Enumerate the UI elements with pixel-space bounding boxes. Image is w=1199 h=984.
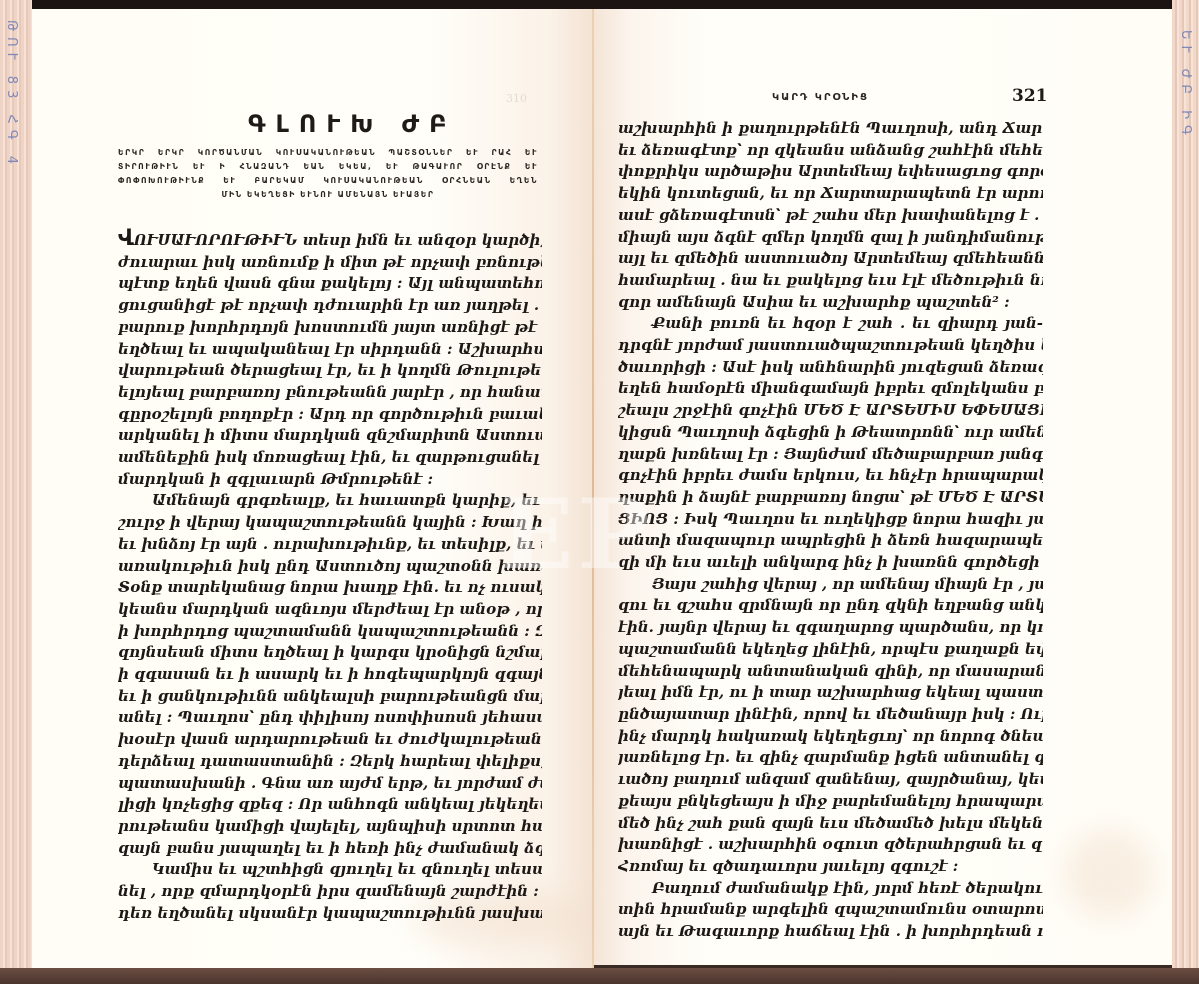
body-line: արկանել ի միտս մարդկան զնշմարիտն Աստուած… bbox=[118, 425, 542, 447]
page-number: 321 bbox=[1012, 86, 1048, 106]
body-line: միայն այս ձգնէ զմեր կողմն զալ ի յանդիման… bbox=[618, 227, 1043, 249]
body-line: անտի մազապուր ապրեցին ի ձեռն հազարապետաց… bbox=[618, 530, 1043, 552]
summary-line: ՄԻՆ ԵԿԵՂԵՑԻ ԵՒՆՈՒ ԱՄԵՆԱՅՆ ԵՒԱՅԵՐ bbox=[118, 188, 538, 202]
left-edge-ink-marks: ԹՈՒ 83 ՀԳ 4 bbox=[4, 20, 19, 920]
bleed-through-page-number: 310 bbox=[506, 92, 527, 105]
body-line: յառնելոց էր. եւ զինչ զարմանք իցեն անտանե… bbox=[618, 747, 1043, 769]
body-line: ւածոյ բաղում անզամ զանենայ, զայրծանայ, կ… bbox=[618, 769, 1043, 791]
body-line: դրգնէ յորժամ յաստուածպաշտութեան կեղծիս կ… bbox=[618, 335, 1043, 357]
body-line: կեանս մարդկան ազնւոյս մերժեալ էր անօթ , … bbox=[118, 599, 542, 621]
body-line: մեհենապարկ անտանական զինի, որ մասարան աս… bbox=[618, 661, 1043, 683]
body-line: փոքրիկս արծաթիս Արտեմեայ եփեսացւոց գործե… bbox=[618, 161, 1043, 183]
body-line: Տօնք տարեկանաց նորա խաղք էին. եւ ոչ ուսա… bbox=[118, 577, 542, 599]
body-line: զոյնսեան միտս եղծեալ ի կարգս կրօնիցն նշմ… bbox=[118, 642, 542, 664]
body-line: եւ ի ցանկութիւնն անկեալսի բարութեանցն մա… bbox=[118, 686, 542, 708]
body-line: այն եւ Թագաւորք հաճեալ էին . ի խորհրդեան… bbox=[618, 921, 1043, 943]
running-head: ԿԱՐԴ ԿՐՕՆԻՑ bbox=[772, 92, 869, 103]
body-line: Ամենայն գրգռեալք, եւ հաւատքն կարիք, եւ բ… bbox=[118, 490, 542, 512]
book-bottom-edge-shadow bbox=[0, 968, 1199, 984]
summary-line: ԵՐԿՐ ԵՐԿՐ ԿՈՐԾԱՆՄԱՆ ԿՈՒՍԱԿԱՆՈՒԹԵԱՆ ՊԱՇՏՕ… bbox=[118, 146, 538, 160]
body-line: էին. յայնր վերայ եւ զգաղարոց պարծանս, որ… bbox=[618, 617, 1043, 639]
body-line: լիցի կոչեցից զքեզ : Որ անհոգն անկեալ յեկ… bbox=[118, 794, 542, 816]
body-line: տին հրամանք արգելին զպաշտամունս օտարոտս³… bbox=[618, 899, 1043, 921]
body-line: մեծ ինչ շահ քան զայն եւս մեծամեծ խելս մե… bbox=[618, 813, 1043, 835]
body-line: քեայս բնկեցեայս ի միջ բարեմանելոյ հրապար… bbox=[618, 791, 1043, 813]
body-line: խօսէր վասն արդարութեան եւ ժուժկալութեան … bbox=[118, 729, 542, 751]
body-line: բարուք խորհրդոյն խոստումն յայտ առնիցէ թէ… bbox=[118, 317, 542, 339]
body-line: ընծայատար լինէին, որով եւ մեծանայր իսկ :… bbox=[618, 704, 1043, 726]
body-line: պէտք եղեն վասն գնա քակելոյ : Այլ անպատեհ… bbox=[118, 273, 542, 295]
body-line: Հռոմայ եւ զծադաւորս յաւելոյ զգուշէ : bbox=[618, 856, 1043, 878]
body-line: ինչ մարդկ հակառակ եկեղեցւոյ՝ որ նորոգ ծն… bbox=[618, 726, 1043, 748]
body-line: զի մի եւս աւելի անկարգ ինչ ի խառնն գործե… bbox=[618, 552, 1043, 574]
body-line: կիցսն Պաւղոսի ձգեցին ի Թեատրոնն՝ ուր ամե… bbox=[618, 422, 1043, 444]
body-line: պատասխանի . Գնա առ այժմ երթ, եւ յորժամ ժ… bbox=[118, 773, 542, 795]
body-line: եւ ձեռագէտք՝ որ զկեանս անձանց շահէին մեհ… bbox=[618, 140, 1043, 162]
body-line: եղծեալ եւ ապականեալ էր սիրդանն : Աշխարհս… bbox=[118, 339, 542, 361]
body-line: ժուարաւ իսկ առնումք ի միտ թէ որչափ բռնու… bbox=[118, 252, 542, 274]
right-edge-ink-marks: ԵՒ ԺԲ ԻԳ bbox=[1178, 30, 1193, 930]
body-line: ՑԻՈՑ : Իսկ Պաւղոս եւ ուղեկիցք նորա հազիւ… bbox=[618, 509, 1043, 531]
body-line: եկին կուտեցան, եւ որ Ճարտարապետն էր արու… bbox=[618, 183, 1043, 205]
body-line: գոչէին իբրեւ ժամս երկուս, եւ հնչէր հրապա… bbox=[618, 465, 1043, 487]
body-line: ղաքին ի ձայնէ բարբառոյ նոցա՝ թէ ՄԵԾ Է ԱՐ… bbox=[618, 487, 1043, 509]
body-line: շեալս շրջէին գոչէին ՄԵԾ Է ԱՐՏԵՄԻՍ ԵՓԵՍԱՑ… bbox=[618, 400, 1043, 422]
body-line: ՎՈՒՍԱՒՈՐՈՒԹԻՒՆ տեսր իմն եւ անզօր կարծի, … bbox=[118, 228, 542, 252]
body-line: զու եւ զշահս զրմնայն որ ընդ զկնի եղբանց … bbox=[618, 595, 1043, 617]
right-page-body: աշխարհին ի քաղուրթենէն Պաւղոսի, անդ Ճարտ… bbox=[618, 118, 1043, 943]
body-line: դերձեալ դատաստանին : Զերկ հարեալ փելիքս,… bbox=[118, 751, 542, 773]
left-page-body: ՎՈՒՍԱՒՈՐՈՒԹԻՒՆ տեսր իմն եւ անզօր կարծի, … bbox=[118, 228, 542, 925]
body-line: անել : Պաւղոս՝ ընդ փիլիսոյ ոսոփիսոսն յեհ… bbox=[118, 707, 542, 729]
paper-stain bbox=[1064, 829, 1154, 919]
body-line: նել , որք զմարդկօրէն իրս զամենայն շարժէի… bbox=[118, 881, 542, 903]
summary-line: ՏԻՐՈՒԹԻՒՆ ԵՒ Ի ՀՆԱԶԱՆԴ ԵԱՆ ԵԿԵԱ, ԵՒ ԹԱԳԱ… bbox=[118, 160, 538, 174]
body-line: գըրօշելոյն բողոքէր : Արդ որ գործութիւն բ… bbox=[118, 404, 542, 426]
body-line: ելոյեալ բարբառոյ բնութեանն յարէր , որ հա… bbox=[118, 382, 542, 404]
body-line: ի զգասան եւ ի ասարկ եւ ի հոգեպարկոյն զգա… bbox=[118, 664, 542, 686]
chapter-title: ԳԼՈՒԽ ԺԲ bbox=[248, 110, 368, 138]
body-line: ասէ ցձեռագէտսն՝ թէ շահս մեր խափանելոց է … bbox=[618, 205, 1043, 227]
body-line: զայն բանս յապաղել եւ ի հեռի ինչ ժամանակ … bbox=[118, 838, 542, 860]
body-line: եղեն համօրէն միանգամայն իբրեւ զմոլեկանս … bbox=[618, 378, 1043, 400]
body-line: ղաքն խռնեալ էր : Յայնժամ մեծաբարբառ յանգ… bbox=[618, 444, 1043, 466]
body-line: առակութիւն իսկ ընդ Աստուծոյ պաշտօնն խառն… bbox=[118, 556, 542, 578]
body-line: ծաւորիցի : Ասէ իսկ անհնարին յուզեցան ձեռ… bbox=[618, 357, 1043, 379]
body-line: ցուցանիցէ թէ որչափ դժուարին էր առ յաղթել… bbox=[118, 295, 542, 317]
body-line: եւ խնձոյ էր այն . ուրախութիւնք, եւ տեսիլ… bbox=[118, 534, 542, 556]
body-line: Բաղում ժամանակք էին, յորմ հեռէ ծերակու- bbox=[618, 878, 1043, 900]
body-line: վարութեան ծերացեալ էր, եւ ի կողմն Թուլու… bbox=[118, 360, 542, 382]
body-line: խառնիցէ . աշխարհին օգուտ զծերահրցան եւ զ… bbox=[618, 834, 1043, 856]
body-line: համարեալ . նա եւ քակելոց եւս էլէ մեծութի… bbox=[618, 270, 1043, 292]
scan-watermark: EP bbox=[500, 478, 653, 591]
body-line: ամենեքին իսկ մոռացեալ էին, եւ զարթուցանե… bbox=[118, 447, 542, 469]
body-line: պաշտամանն եկեղեց լինէին, որպէս քաղաքն եփ… bbox=[618, 639, 1043, 661]
body-line: Քանի բուռն եւ հզօր է շահ . եւ զիարդ յան- bbox=[618, 313, 1043, 335]
body-line: այլ եւ զմեծին աստուածոյ Արտեմեայ զմեհեան… bbox=[618, 248, 1043, 270]
drop-cap: Վ bbox=[118, 228, 134, 251]
body-line: ի խորհրդոց պաշտամանն կապաշտութեանն : Զեմ… bbox=[118, 621, 542, 643]
body-line: շուրջ ի վերայ կապաշտութեանն կային : Խաղ … bbox=[118, 512, 542, 534]
body-line: Կամիս եւ պշտհիցն զյուղել եւ զնուղել տեսա… bbox=[118, 859, 542, 881]
body-line: յեալ իմն էր, ու ի տար աշխարհաց եկեալ պաս… bbox=[618, 682, 1043, 704]
chapter-summary: ԵՐԿՐ ԵՐԿՐ ԿՈՐԾԱՆՄԱՆ ԿՈՒՍԱԿԱՆՈՒԹԵԱՆ ՊԱՇՏՕ… bbox=[118, 146, 538, 202]
body-line: աշխարհին ի քաղուրթենէն Պաւղոսի, անդ Ճարտ… bbox=[618, 118, 1043, 140]
body-line: րութեանս կամիցի վայելել, այնպիսի սրտոտ հ… bbox=[118, 816, 542, 838]
body-line: մարդկան ի զգլաւարն Թմրութենէ : bbox=[118, 469, 542, 491]
body-line: դեռ եղծանել սկսանէր կապաշտութիւնն յասխաց… bbox=[118, 903, 542, 925]
body-line: Յայս շահից վերայ , որ ամենայ միայն էր , … bbox=[618, 574, 1043, 596]
summary-line: ՓՈՓՈԽՈՒԹԻՒՆՔ ԵՒ ԲԱՐԵԿԱՄ ԿՈՒՍԱԿԱՆՈՒԹԵԱՆ Օ… bbox=[118, 174, 538, 188]
body-line: զոր ամենայն Ասիա եւ աշխարհք պաշտեն² : bbox=[618, 292, 1043, 314]
book-top-edge-shadow bbox=[0, 0, 1199, 9]
